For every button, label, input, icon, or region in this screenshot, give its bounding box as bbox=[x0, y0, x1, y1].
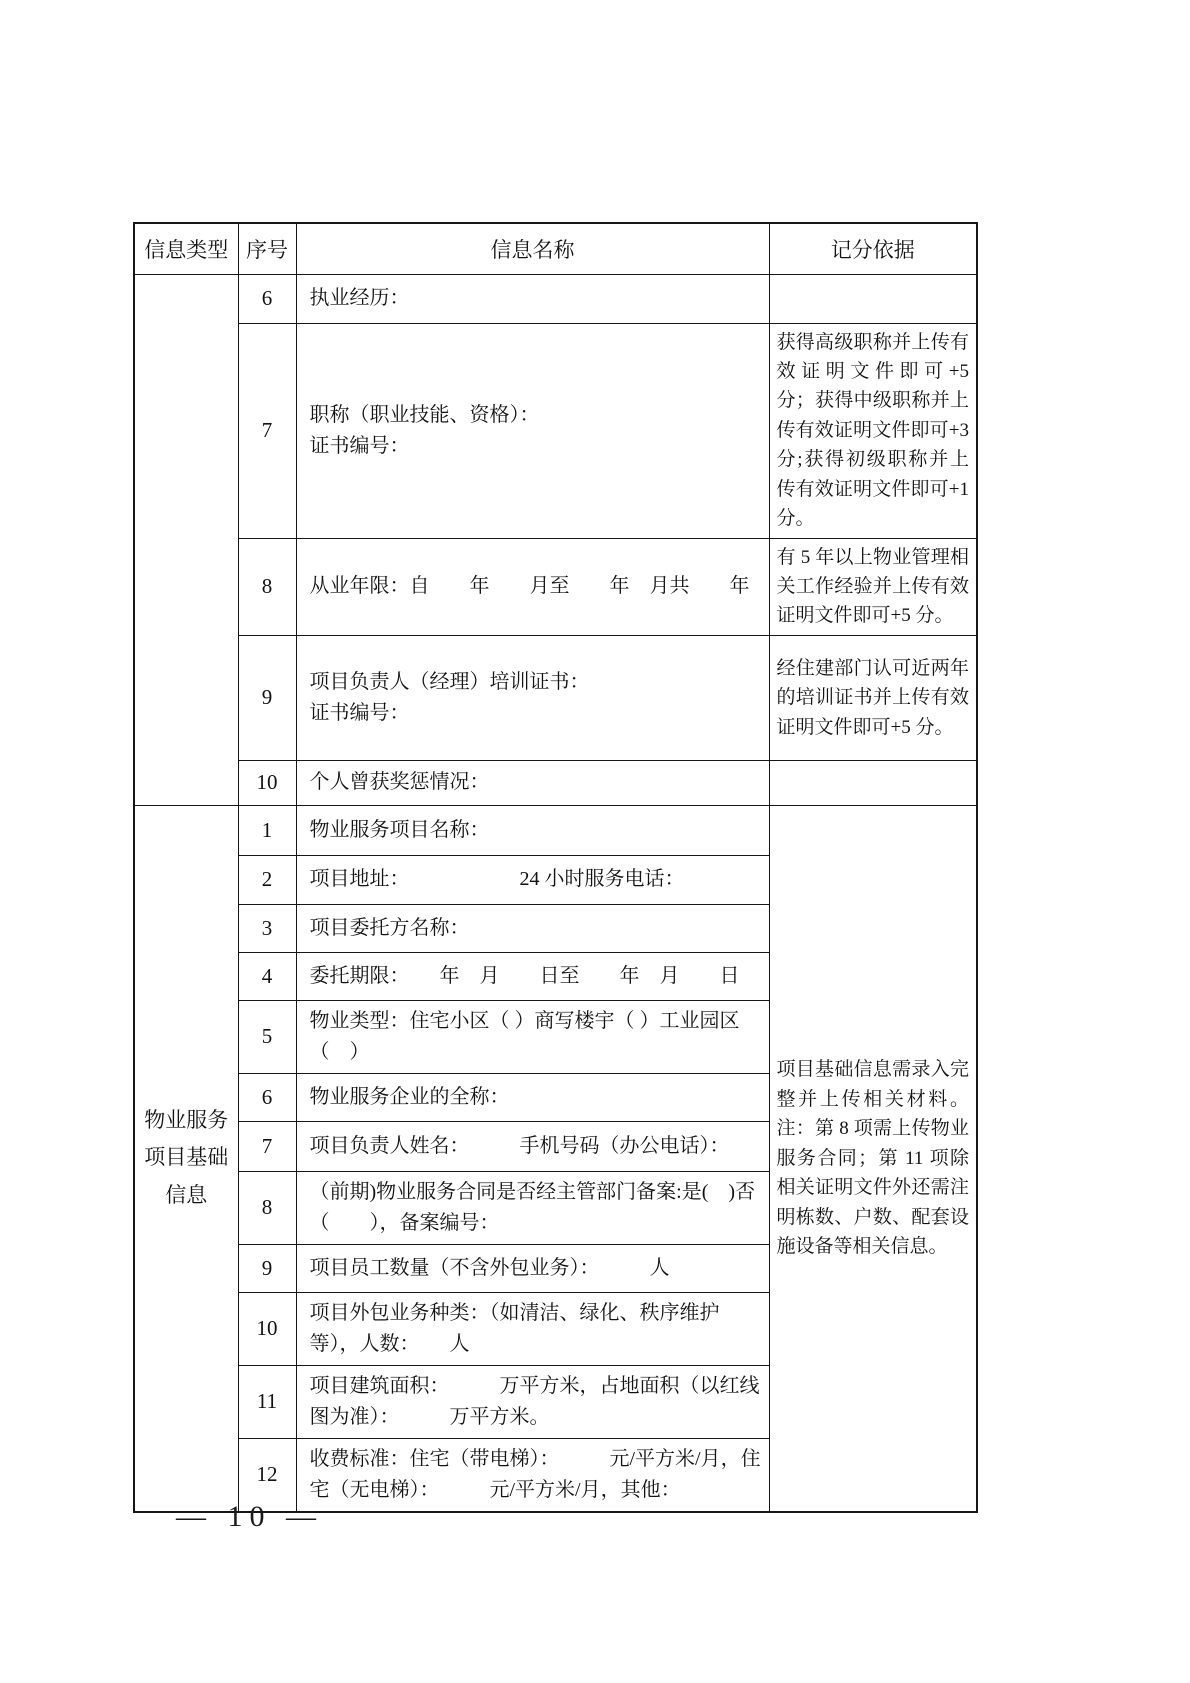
row-number: 7 bbox=[238, 323, 296, 538]
row-number: 7 bbox=[238, 1121, 296, 1171]
score-basis-cell: 经住建部门认可近两年的培训证书并上传有效证明文件即可+5 分。 bbox=[769, 635, 977, 760]
row-number: 8 bbox=[238, 1171, 296, 1244]
score-basis-cell: 有 5 年以上物业管理相关工作经验并上传有效证明文件即可+5 分。 bbox=[769, 538, 977, 635]
row-number: 1 bbox=[238, 805, 296, 855]
table-row: 物业服务项目基础信息 1 物业服务项目名称： 项目基础信息需录入完整并上传相关材… bbox=[134, 805, 977, 855]
info-name-cell: 物业类型：住宅小区（ ）商写楼宇（ ）工业园区（ ） bbox=[296, 1000, 769, 1073]
row-number: 9 bbox=[238, 1244, 296, 1292]
row-number: 9 bbox=[238, 635, 296, 760]
row-number: 6 bbox=[238, 1073, 296, 1121]
score-basis-cell bbox=[769, 760, 977, 805]
table-row: 10 个人曾获奖惩情况： bbox=[134, 760, 977, 805]
row-number: 6 bbox=[238, 274, 296, 323]
header-info-type: 信息类型 bbox=[134, 223, 238, 274]
table-row: 8 从业年限：自 年 月至 年 月共 年 有 5 年以上物业管理相关工作经验并上… bbox=[134, 538, 977, 635]
info-name-cell: （前期)物业服务合同是否经主管部门备案:是( )否（ ），备案编号： bbox=[296, 1171, 769, 1244]
score-basis-cell bbox=[769, 274, 977, 323]
header-info-name: 信息名称 bbox=[296, 223, 769, 274]
info-name-cell: 个人曾获奖惩情况： bbox=[296, 760, 769, 805]
info-name-cell: 委托期限： 年 月 日至 年 月 日 bbox=[296, 952, 769, 1000]
info-type-cell: 物业服务项目基础信息 bbox=[134, 805, 238, 1512]
info-name-cell: 项目建筑面积： 万平方米，占地面积（以红线图为准）： 万平方米。 bbox=[296, 1365, 769, 1438]
info-name-cell: 收费标准：住宅（带电梯）： 元/平方米/月，住宅（无电梯）： 元/平方米/月，其… bbox=[296, 1438, 769, 1512]
row-number: 2 bbox=[238, 855, 296, 904]
info-name-cell: 物业服务企业的全称： bbox=[296, 1073, 769, 1121]
info-name-cell: 项目负责人姓名： 手机号码（办公电话）： bbox=[296, 1121, 769, 1171]
row-number: 5 bbox=[238, 1000, 296, 1073]
info-name-cell: 项目外包业务种类：（如清洁、绿化、秩序维护等），人数： 人 bbox=[296, 1292, 769, 1365]
row-number: 10 bbox=[238, 1292, 296, 1365]
table-row: 9 项目负责人（经理）培训证书： 证书编号： 经住建部门认可近两年的培训证书并上… bbox=[134, 635, 977, 760]
row-number: 10 bbox=[238, 760, 296, 805]
header-serial-no: 序号 bbox=[238, 223, 296, 274]
info-name-cell: 从业年限：自 年 月至 年 月共 年 bbox=[296, 538, 769, 635]
info-name-cell: 项目委托方名称： bbox=[296, 904, 769, 952]
document-page: 信息类型 序号 信息名称 记分依据 6 执业经历： 7 职称（职业技能、资格）：… bbox=[0, 0, 1190, 1683]
table-row: 6 执业经历： bbox=[134, 274, 977, 323]
info-name-cell: 职称（职业技能、资格）： 证书编号： bbox=[296, 323, 769, 538]
info-score-table: 信息类型 序号 信息名称 记分依据 6 执业经历： 7 职称（职业技能、资格）：… bbox=[133, 222, 978, 1513]
score-basis-cell: 项目基础信息需录入完整并上传相关材料。注：第 8 项需上传物业服务合同；第 11… bbox=[769, 805, 977, 1512]
page-number: — 10 — bbox=[176, 1500, 323, 1534]
row-number: 3 bbox=[238, 904, 296, 952]
score-basis-cell: 获得高级职称并上传有效证明文件即可+5 分；获得中级职称并上传有效证明文件即可+… bbox=[769, 323, 977, 538]
header-score-basis: 记分依据 bbox=[769, 223, 977, 274]
info-name-cell: 项目员工数量（不含外包业务）： 人 bbox=[296, 1244, 769, 1292]
info-name-cell: 执业经历： bbox=[296, 274, 769, 323]
row-number: 4 bbox=[238, 952, 296, 1000]
info-name-cell: 项目负责人（经理）培训证书： 证书编号： bbox=[296, 635, 769, 760]
row-number: 11 bbox=[238, 1365, 296, 1438]
row-number: 8 bbox=[238, 538, 296, 635]
table-row: 7 职称（职业技能、资格）： 证书编号： 获得高级职称并上传有效证明文件即可+5… bbox=[134, 323, 977, 538]
info-type-cell bbox=[134, 274, 238, 805]
table-header-row: 信息类型 序号 信息名称 记分依据 bbox=[134, 223, 977, 274]
info-name-cell: 项目地址： 24 小时服务电话： bbox=[296, 855, 769, 904]
info-name-cell: 物业服务项目名称： bbox=[296, 805, 769, 855]
